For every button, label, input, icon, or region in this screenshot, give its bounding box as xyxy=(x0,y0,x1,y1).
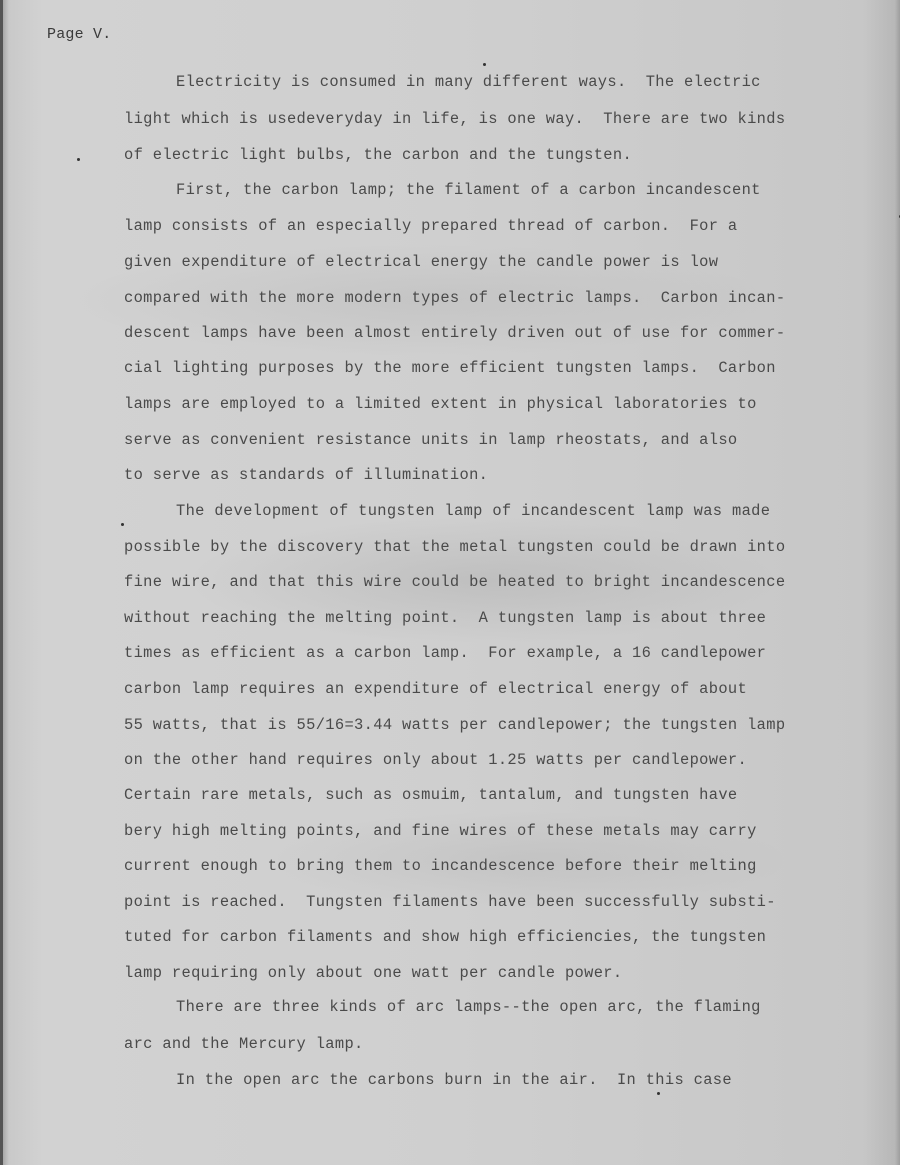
text-line: First, the carbon lamp; the filament of … xyxy=(176,181,761,199)
text-line: serve as convenient resistance units in … xyxy=(124,431,738,449)
typewritten-page: Page V. Electricity is consumed in many … xyxy=(0,0,900,1165)
text-line: tuted for carbon filaments and show high… xyxy=(124,928,766,946)
text-line: lamp requiring only about one watt per c… xyxy=(124,964,622,982)
text-line: The development of tungsten lamp of inca… xyxy=(176,502,770,520)
text-line: arc and the Mercury lamp. xyxy=(124,1035,364,1053)
text-line: Certain rare metals, such as osmuim, tan… xyxy=(124,786,738,804)
text-line: There are three kinds of arc lamps--the … xyxy=(176,998,761,1016)
ink-speck xyxy=(77,158,80,161)
text-line: descent lamps have been almost entirely … xyxy=(124,324,785,342)
text-line: on the other hand requires only about 1.… xyxy=(124,751,747,769)
text-line: to serve as standards of illumination. xyxy=(124,466,488,484)
ink-speck xyxy=(657,1092,660,1095)
text-line: lamps are employed to a limited extent i… xyxy=(124,395,757,413)
text-line: cial lighting purposes by the more effic… xyxy=(124,359,776,377)
text-line: lamp consists of an especially prepared … xyxy=(124,217,738,235)
text-line: of electric light bulbs, the carbon and … xyxy=(124,146,632,164)
text-line: 55 watts, that is 55/16=3.44 watts per c… xyxy=(124,716,785,734)
text-line: times as efficient as a carbon lamp. For… xyxy=(124,644,766,662)
text-line: Electricity is consumed in many differen… xyxy=(176,73,761,91)
text-line: fine wire, and that this wire could be h… xyxy=(124,573,785,591)
text-line: point is reached. Tungsten filaments hav… xyxy=(124,893,776,911)
text-line: light which is usedeveryday in life, is … xyxy=(124,110,785,128)
page-label: Page V. xyxy=(47,26,111,43)
text-line: bery high melting points, and fine wires… xyxy=(124,822,757,840)
text-line: compared with the more modern types of e… xyxy=(124,289,785,307)
ink-speck xyxy=(121,523,124,526)
text-line: given expenditure of electrical energy t… xyxy=(124,253,718,271)
text-line: carbon lamp requires an expenditure of e… xyxy=(124,680,747,698)
text-line: possible by the discovery that the metal… xyxy=(124,538,785,556)
text-line: current enough to bring them to incandes… xyxy=(124,857,757,875)
text-line: In the open arc the carbons burn in the … xyxy=(176,1071,732,1089)
ink-speck xyxy=(483,63,486,66)
text-line: without reaching the melting point. A tu… xyxy=(124,609,766,627)
